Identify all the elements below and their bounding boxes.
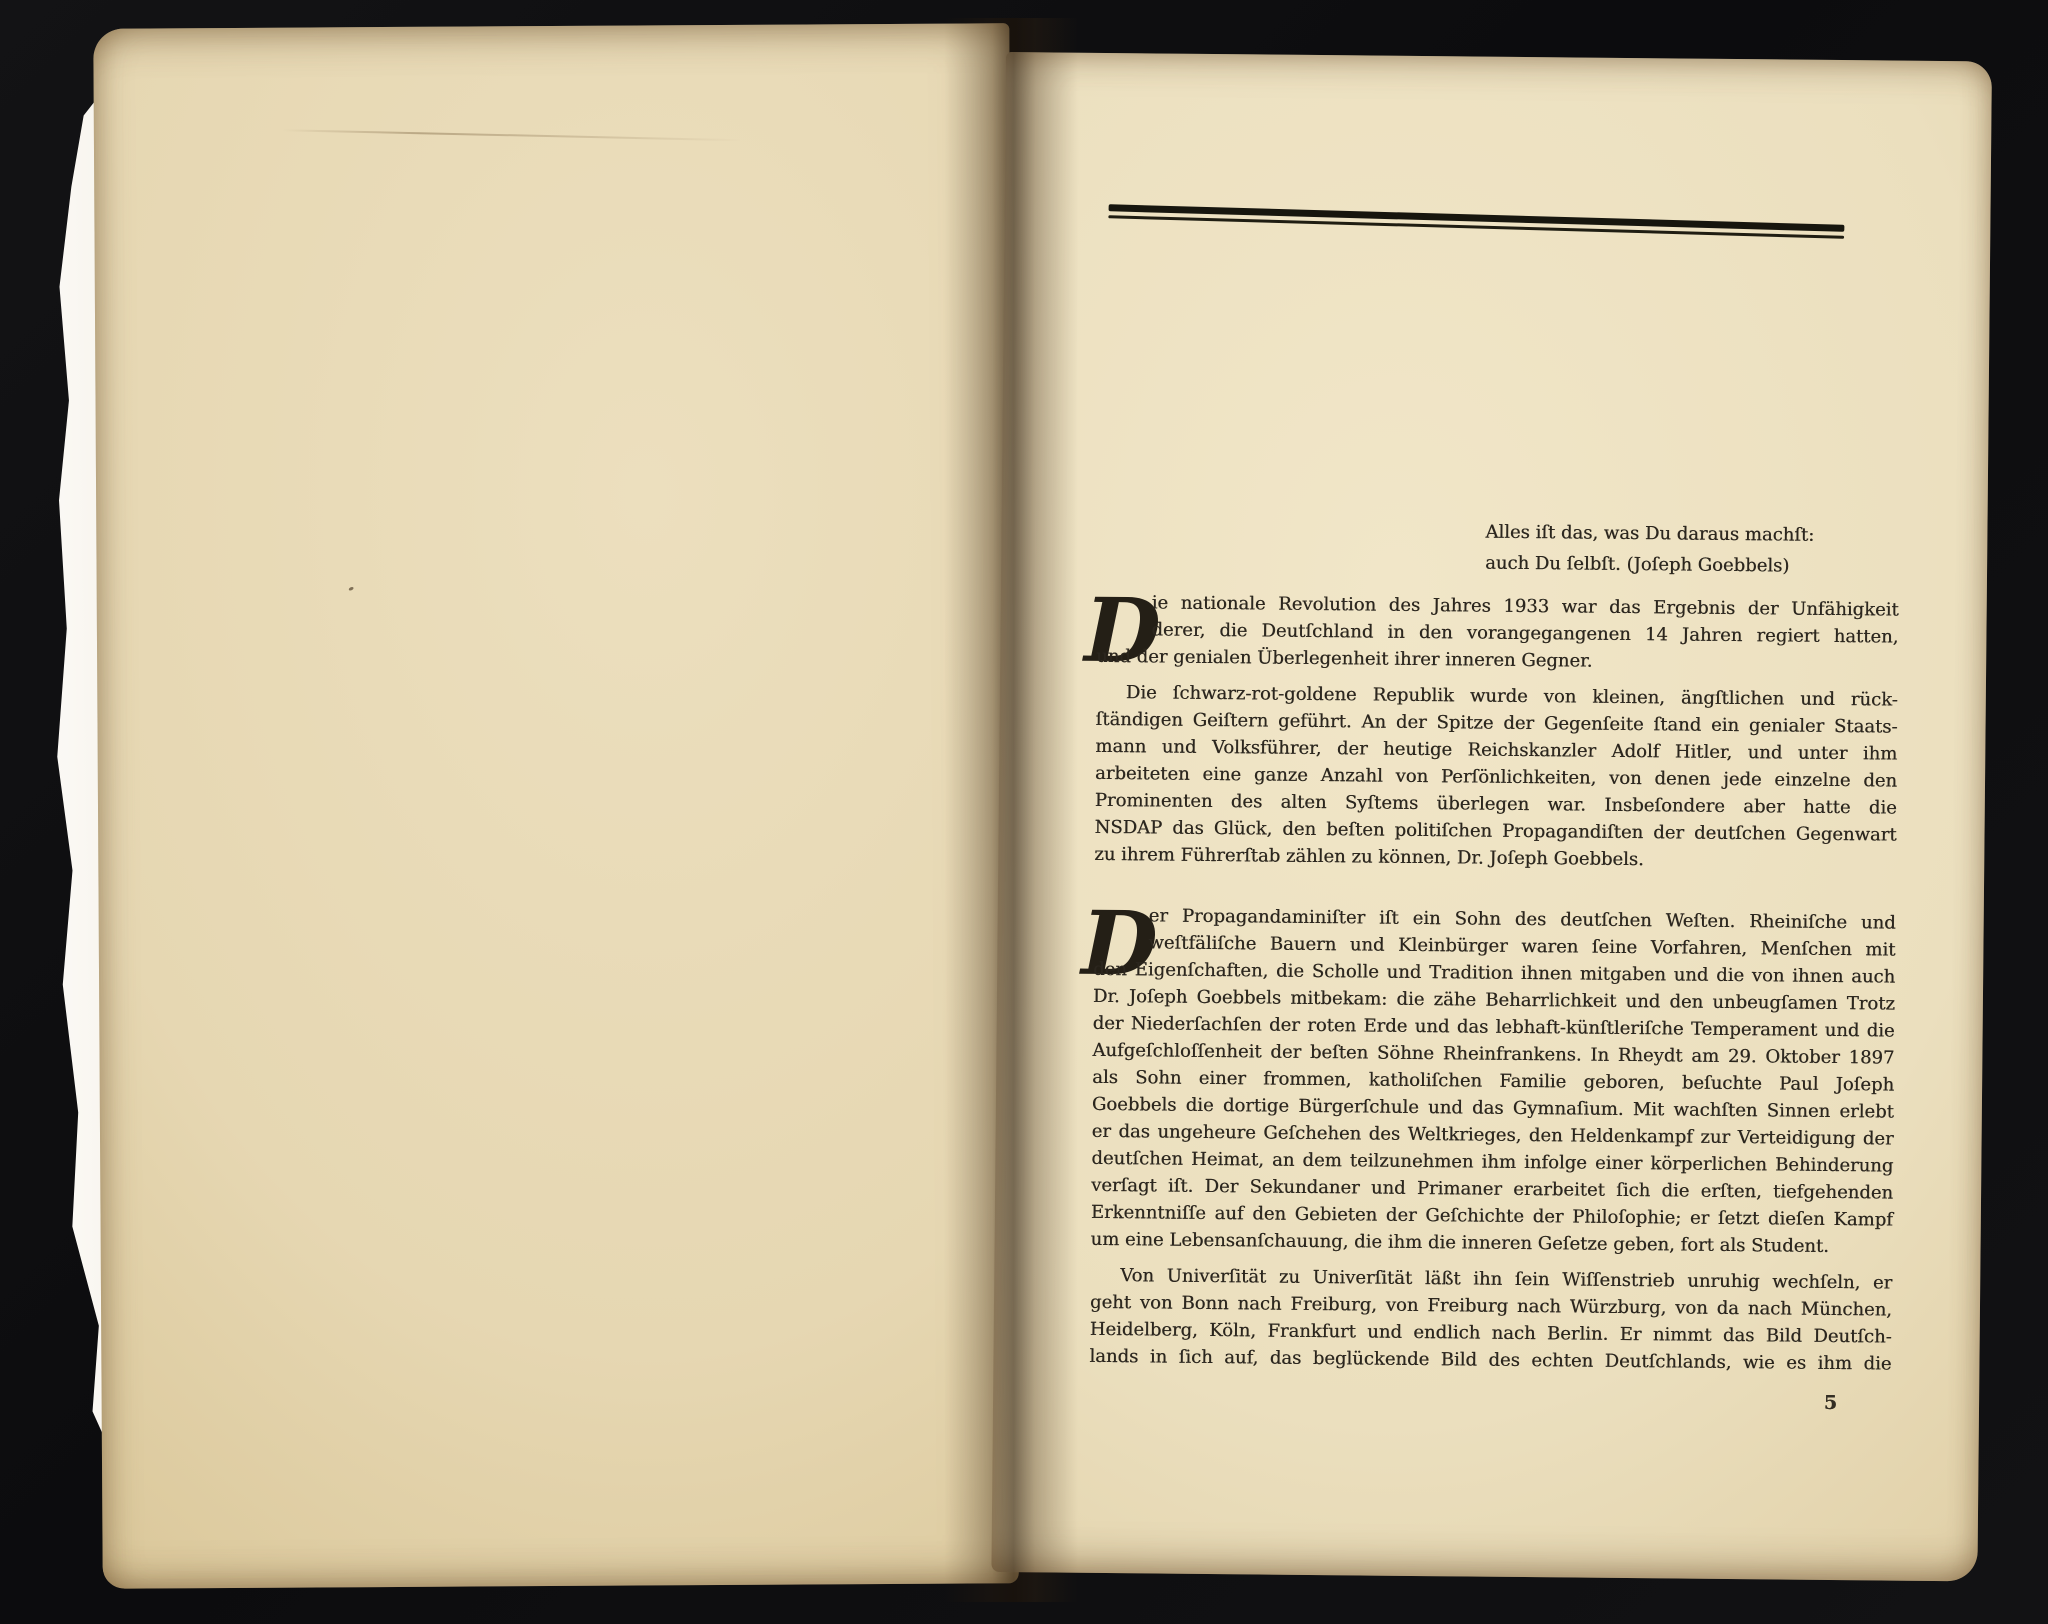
left-page-blank bbox=[93, 23, 1019, 1589]
text-column: Alles iſt das, was Du daraus machſt:auch… bbox=[1087, 53, 1904, 1581]
body-text: Die nationale Revolution des Jahres 1933… bbox=[1089, 589, 1898, 1378]
paragraph: Der Propagandaminiſter iſt ein Sohn des … bbox=[1090, 902, 1895, 1261]
paper-speck bbox=[348, 586, 354, 591]
drop-cap-initial: D bbox=[1084, 587, 1142, 640]
photo-background: Alles iſt das, was Du daraus machſt:auch… bbox=[0, 0, 2048, 1624]
epigraph-line: auch Du ſelbſt. (Joſeph Goebbels) bbox=[1485, 548, 1814, 582]
epigraph: Alles iſt das, was Du daraus machſt:auch… bbox=[1485, 517, 1814, 582]
paragraph: Die nationale Revolution des Jahres 1933… bbox=[1096, 589, 1899, 678]
page-number: 5 bbox=[1824, 1392, 1837, 1414]
epigraph-line: Alles iſt das, was Du daraus machſt: bbox=[1485, 517, 1814, 551]
paragraph: Die ſchwarz-rot-goldene Republik wurde v… bbox=[1094, 679, 1898, 876]
paragraph: Von Univerſität zu Univerſität läßt ihn … bbox=[1089, 1262, 1892, 1378]
right-page: Alles iſt das, was Du daraus machſt:auch… bbox=[991, 52, 1992, 1581]
drop-cap-initial: D bbox=[1081, 900, 1139, 953]
page-crease bbox=[282, 129, 742, 141]
